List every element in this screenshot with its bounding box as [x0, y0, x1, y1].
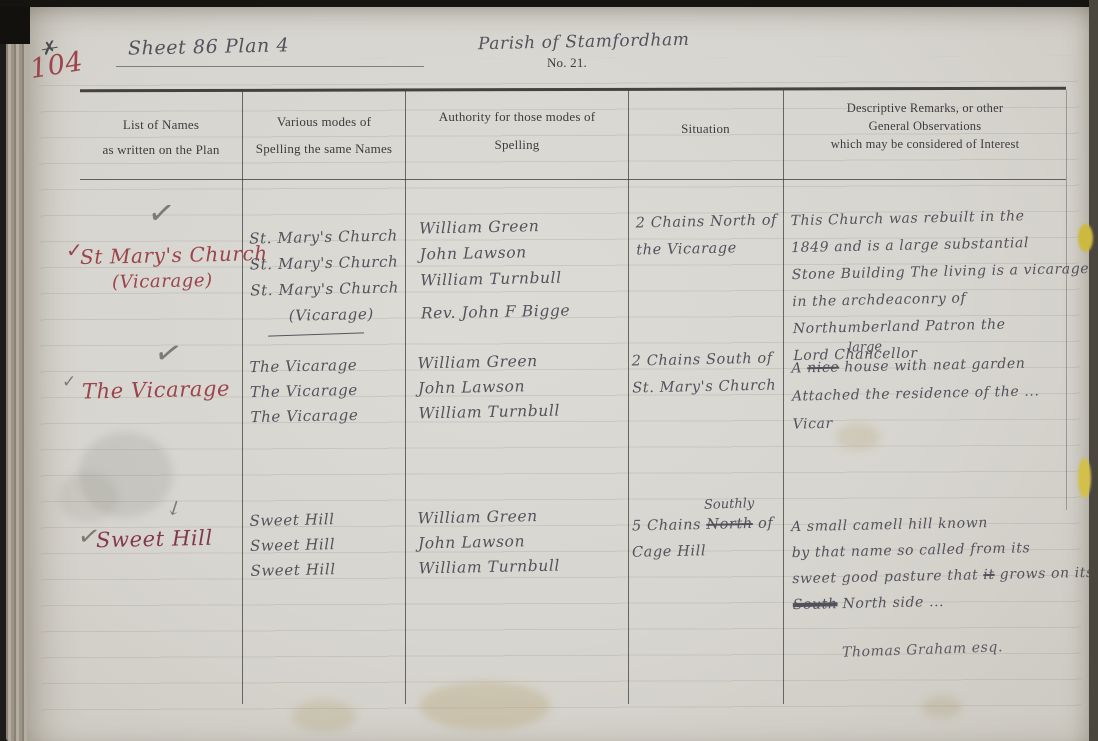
text-line: John Lawson — [418, 374, 560, 402]
column-divider — [242, 90, 243, 704]
text-line: List of Names — [84, 112, 238, 137]
text-line: Sweet Hill — [250, 532, 336, 559]
text-line: The Vicarage — [250, 378, 358, 405]
text-line: William Green — [419, 212, 569, 241]
text-line: The Vicarage — [250, 403, 358, 430]
row1-name-sub: (Vicarage) — [112, 270, 213, 293]
text-line: 2 Chains North of — [635, 208, 777, 238]
text-line: William Green — [417, 504, 559, 532]
text-line: as written on the Plan — [84, 137, 238, 162]
row2-remarks: A nice house with neat garden Attached t… — [791, 349, 1040, 438]
row3-name: Sweet Hill — [96, 526, 213, 552]
row2-name: The Vicarage — [82, 376, 231, 403]
scan-top-shadow — [0, 0, 1098, 7]
column-divider — [405, 90, 406, 704]
remark-line: Attached the residence of the ... — [792, 377, 1040, 410]
text-line: Situation — [632, 121, 779, 137]
struck-word: nice — [807, 360, 839, 377]
wax-spot — [1078, 458, 1091, 498]
struck-word: it — [983, 567, 995, 583]
text-line: William Turnbull — [418, 399, 560, 427]
row2-spellings: The VicarageThe VicarageThe Vicarage — [249, 353, 358, 430]
row1-name: St Mary's Church — [80, 241, 268, 269]
table-header-rule — [80, 179, 1066, 180]
row1-situation: 2 Chains North ofthe Vicarage — [635, 208, 777, 265]
column-divider — [783, 90, 784, 704]
row1-spellings: St. Mary's ChurchSt. Mary's ChurchSt. Ma… — [249, 222, 400, 329]
sheet-title: Sheet 86 Plan 4 — [128, 34, 290, 59]
stain — [922, 696, 962, 718]
struck-word: South — [793, 596, 838, 613]
text-line: Various modes of — [246, 108, 402, 135]
text-line: William Turnbull — [420, 264, 570, 293]
header-remarks: Descriptive Remarks, or otherGeneral Obs… — [788, 99, 1062, 153]
text-line: the Vicarage — [636, 235, 778, 265]
row3-spellings: Sweet HillSweet HillSweet Hill — [249, 507, 336, 584]
text-line: The Vicarage — [249, 353, 357, 380]
pencil-smudge — [58, 472, 118, 522]
remark-line: Vicar — [792, 405, 1040, 438]
row3-authorities: William GreenJohn LawsonWilliam Turnbull — [417, 504, 560, 582]
stain — [420, 682, 550, 730]
text-line: Authority for those modes of — [410, 103, 624, 131]
text-line: (Vicarage) — [251, 300, 400, 329]
text-line: Sweet Hill — [250, 557, 336, 584]
row2-situation: 2 Chains South ofSt. Mary's Church — [631, 345, 776, 402]
wax-spot — [1078, 224, 1093, 252]
text-line: Descriptive Remarks, or other — [788, 99, 1062, 117]
sheet-title-underline — [116, 66, 424, 67]
row3-situation-line1: 5 Chains North of — [632, 516, 774, 535]
text-line: William Turnbull — [418, 554, 560, 582]
text-line: William Green — [417, 349, 559, 377]
scanned-ledger-document: ✗ 104 Sheet 86 Plan 4 Parish of Stamford… — [0, 0, 1098, 741]
header-list-of-names: List of Namesas written on the Plan — [84, 112, 238, 162]
struck-word: North — [706, 516, 753, 533]
header-authority: Authority for those modes ofSpelling — [410, 103, 624, 159]
text-line: General Observations — [788, 117, 1062, 135]
text-line: St. Mary's Church — [250, 274, 399, 303]
stain — [836, 424, 880, 450]
row1-authorities: William GreenJohn LawsonWilliam Turnbull… — [419, 212, 571, 326]
row3-inserted-word: Southly — [704, 496, 755, 513]
column-divider — [628, 90, 629, 704]
text-line: John Lawson — [418, 529, 560, 557]
text-line: St. Mary's Church — [632, 372, 777, 402]
scan-right-shadow — [1089, 0, 1098, 741]
row1-remarks: This Church was rebuilt in the1849 and i… — [790, 202, 1091, 370]
stain — [292, 700, 356, 732]
checkmark-icon: ✓ — [62, 372, 76, 392]
text-line: 2 Chains South of — [631, 345, 776, 375]
text-line: Rev. John F Bigge — [421, 297, 571, 326]
row3-remarks: A small camell hill known by that name s… — [791, 508, 1095, 618]
text-line: Spelling — [410, 131, 624, 159]
form-number: No. 21. — [532, 55, 602, 71]
text-line: Sweet Hill — [249, 507, 335, 534]
text-line: John Lawson — [419, 238, 569, 267]
row2-authorities: William GreenJohn LawsonWilliam Turnbull — [417, 349, 560, 427]
header-situation: Situation — [632, 121, 779, 137]
text-line: St. Mary's Church — [249, 248, 398, 277]
text-line: Spelling the same Names — [246, 135, 402, 162]
header-spelling-modes: Various modes ofSpelling the same Names — [246, 108, 402, 162]
row3-situation-line2: Cage Hill — [632, 543, 706, 561]
text-line: St. Mary's Church — [249, 222, 398, 251]
text-line: which may be considered of Interest — [788, 135, 1062, 153]
